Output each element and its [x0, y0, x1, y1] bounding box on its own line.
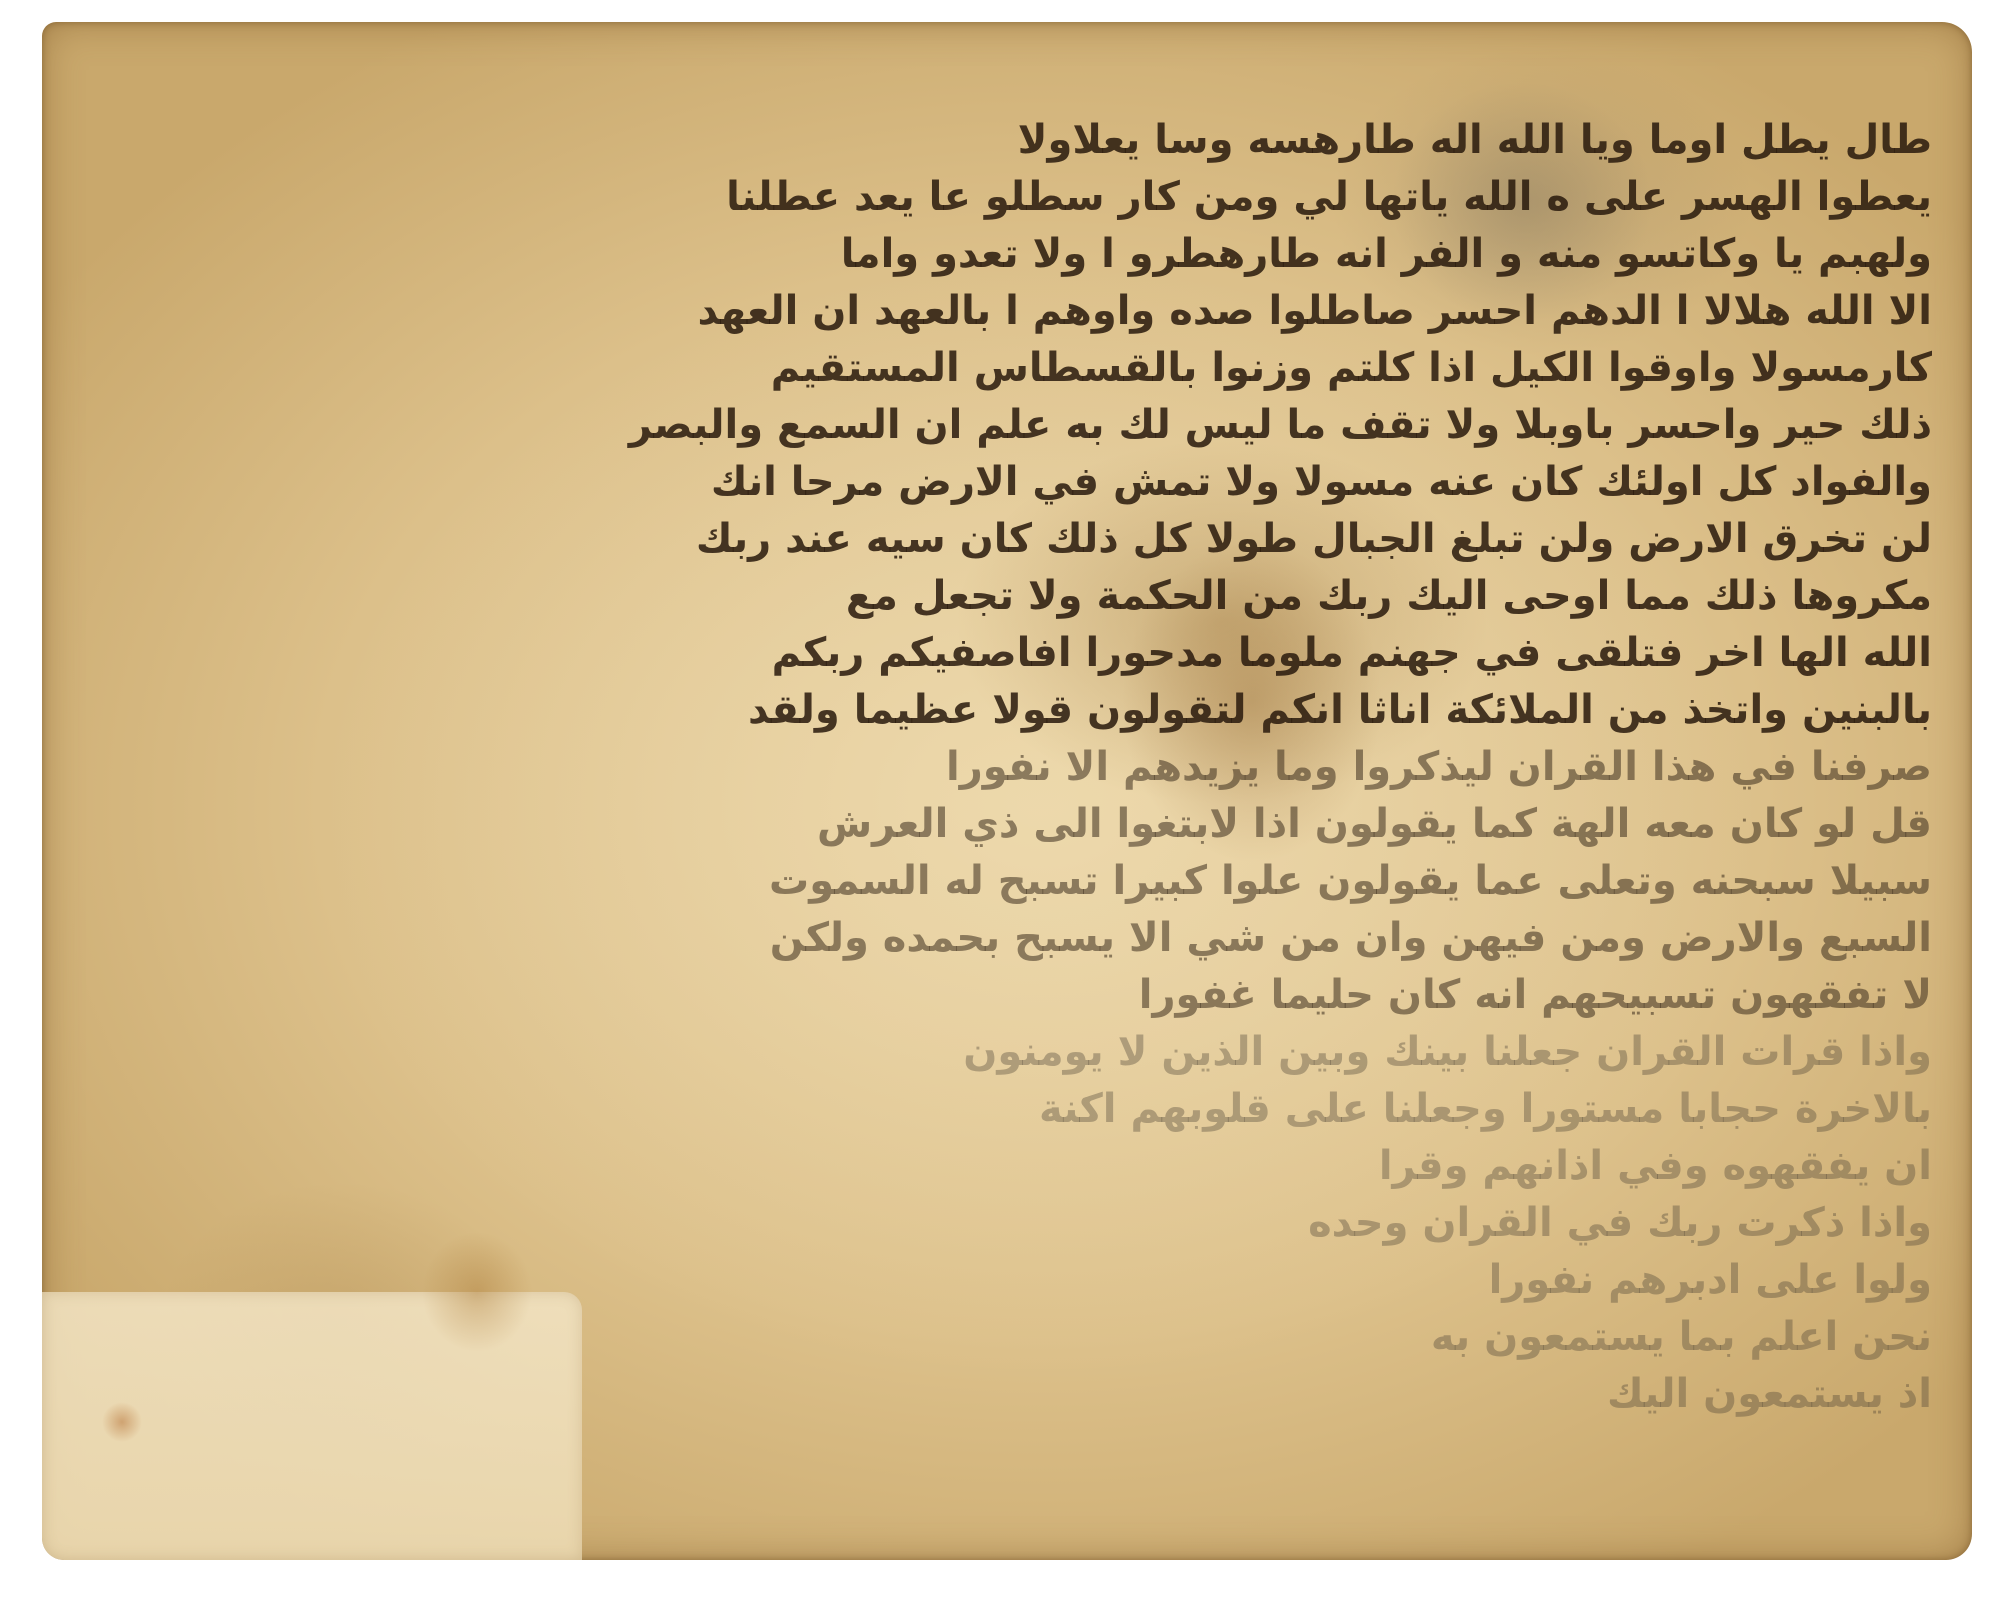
manuscript-line: كارمسولا واوقوا الكيل اذا كلتم وزنوا بال… — [152, 345, 1932, 402]
manuscript-line: طال يطل اوما ويا الله اله طارهسه وسا يعل… — [152, 117, 1932, 174]
manuscript-line: الله الها اخر فتلقى في جهنم ملوما مدحورا… — [152, 630, 1932, 687]
manuscript-line: اذ يستمعون اليك — [152, 1371, 1932, 1428]
manuscript-line: والفواد كل اولئك كان عنه مسولا ولا تمش ف… — [152, 459, 1932, 516]
manuscript-line: نحن اعلم بما يستمعون به — [152, 1314, 1932, 1371]
manuscript-line: واذا قرات القران جعلنا بينك وبين الذين ل… — [152, 1029, 1932, 1086]
manuscript-line: يعطوا الهسر على ه الله ياتها لي ومن كار … — [152, 174, 1932, 231]
manuscript-line: بالاخرة حجابا مستورا وجعلنا على قلوبهم ا… — [152, 1086, 1932, 1143]
water-stain — [102, 1402, 142, 1442]
manuscript-line: بالبنين واتخذ من الملائكة اناثا انكم لتق… — [152, 687, 1932, 744]
manuscript-line: لا تفقهون تسبيحهم انه كان حليما غفورا — [152, 972, 1932, 1029]
parchment-page: طال يطل اوما ويا الله اله طارهسه وسا يعل… — [42, 22, 1972, 1560]
manuscript-line: مكروها ذلك مما اوحى اليك ربك من الحكمة و… — [152, 573, 1932, 630]
manuscript-line: الا الله هلالا ا الدهم احسر صاطلوا صده و… — [152, 288, 1932, 345]
manuscript-line: لن تخرق الارض ولن تبلغ الجبال طولا كل ذل… — [152, 516, 1932, 573]
manuscript-line: قل لو كان معه الهة كما يقولون اذا لابتغو… — [152, 801, 1932, 858]
manuscript-line: السبع والارض ومن فيهن وان من شي الا يسبح… — [152, 915, 1932, 972]
manuscript-line: ولهبم يا وكاتسو منه و الفر انه طارهطرو ا… — [152, 231, 1932, 288]
manuscript-line: ان يفقهوه وفي اذانهم وقرا — [152, 1143, 1932, 1200]
manuscript-text-block: طال يطل اوما ويا الله اله طارهسه وسا يعل… — [152, 117, 1932, 1428]
manuscript-line: ذلك حير واحسر باوبلا ولا تقف ما ليس لك ب… — [152, 402, 1932, 459]
manuscript-line: سبيلا سبحنه وتعلى عما يقولون علوا كبيرا … — [152, 858, 1932, 915]
manuscript-line: ولوا على ادبرهم نفورا — [152, 1257, 1932, 1314]
manuscript-line: واذا ذكرت ربك في القران وحده — [152, 1200, 1932, 1257]
manuscript-line: صرفنا في هذا القران ليذكروا وما يزيدهم ا… — [152, 744, 1932, 801]
